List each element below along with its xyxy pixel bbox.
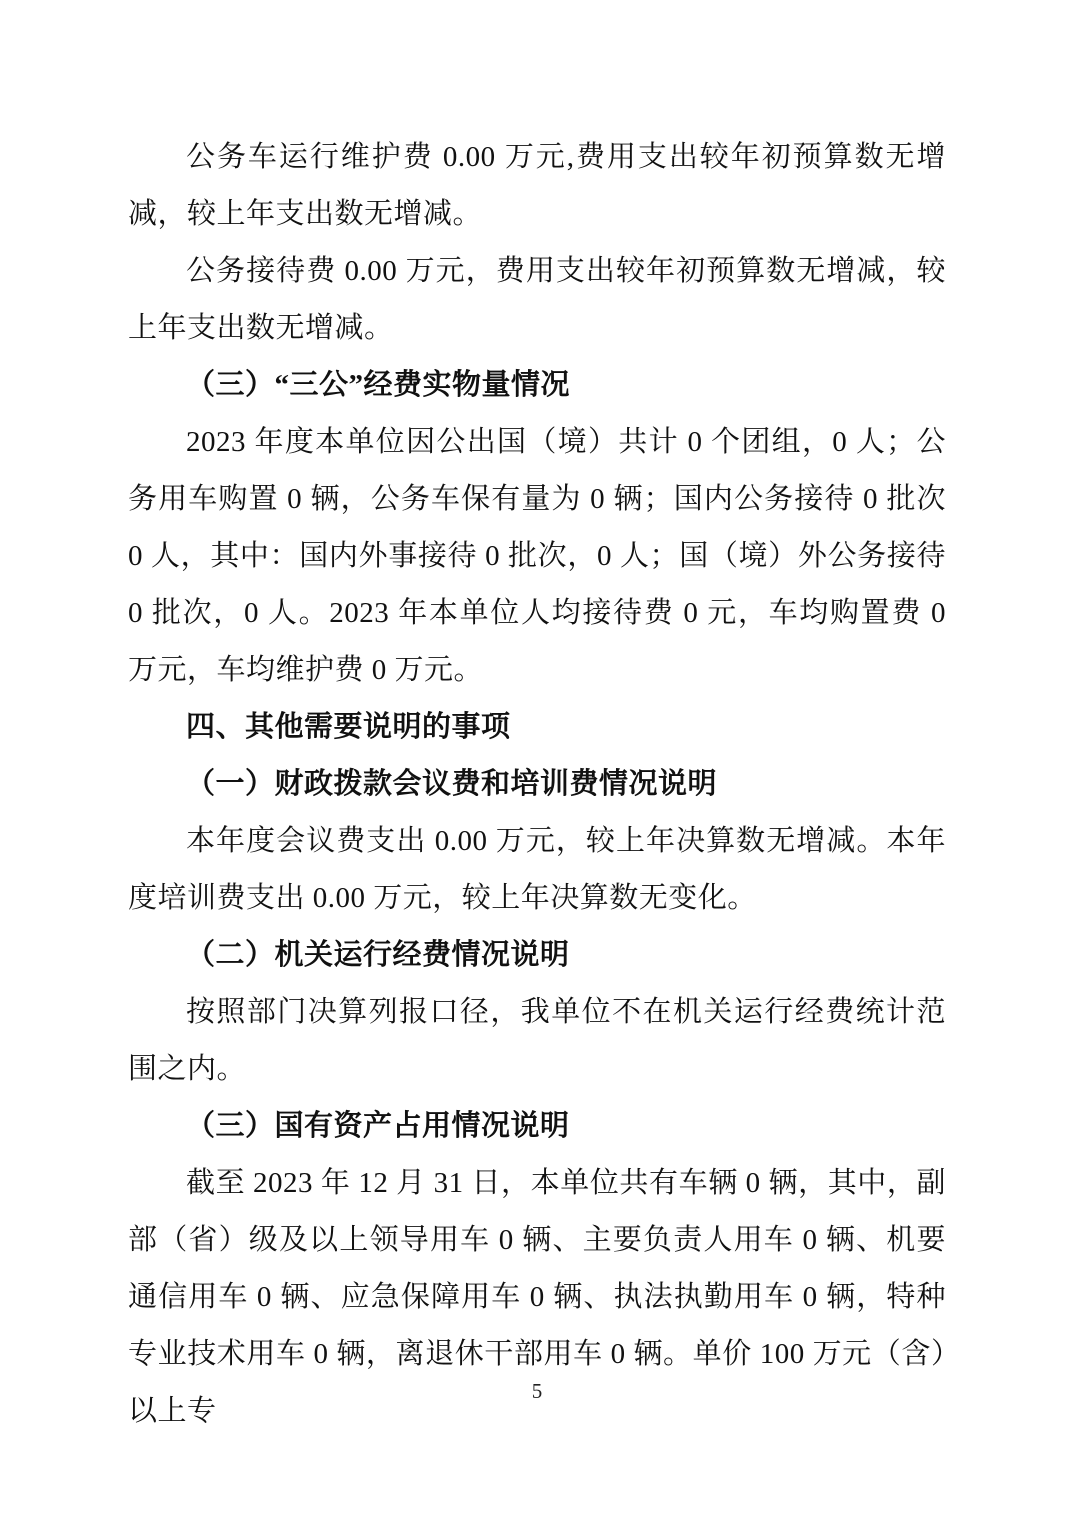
document-body: 公务车运行维护费 0.00 万元,费用支出较年初预算数无增减，较上年支出数无增减… (128, 129, 946, 1440)
page-number: 5 (0, 1378, 1074, 1404)
paragraph-meeting-training-fees-detail: 本年度会议费支出 0.00 万元，较上年决算数无增减。本年度培训费支出 0.00… (128, 813, 946, 927)
paragraph-vehicle-maintenance-fee: 公务车运行维护费 0.00 万元,费用支出较年初预算数无增减，较上年支出数无增减… (128, 129, 946, 243)
document-page: 公务车运行维护费 0.00 万元,费用支出较年初预算数无增减，较上年支出数无增减… (0, 0, 1074, 1520)
paragraph-official-reception-fee: 公务接待费 0.00 万元，费用支出较年初预算数无增减，较上年支出数无增减。 (128, 243, 946, 357)
paragraph-three-public-expenses-detail: 2023 年度本单位因公出国（境）共计 0 个团组，0 人；公务用车购置 0 辆… (128, 414, 946, 699)
subsection-heading-meeting-training-fees: （一）财政拨款会议费和培训费情况说明 (128, 756, 946, 813)
subsection-heading-three-public-expenses-quantity: （三）“三公”经费实物量情况 (128, 357, 946, 414)
subsection-heading-agency-operating-expenses: （二）机关运行经费情况说明 (128, 927, 946, 984)
section-heading-other-matters: 四、其他需要说明的事项 (128, 699, 946, 756)
subsection-heading-state-owned-assets: （三）国有资产占用情况说明 (128, 1098, 946, 1155)
paragraph-agency-operating-expenses-detail: 按照部门决算列报口径，我单位不在机关运行经费统计范围之内。 (128, 984, 946, 1098)
